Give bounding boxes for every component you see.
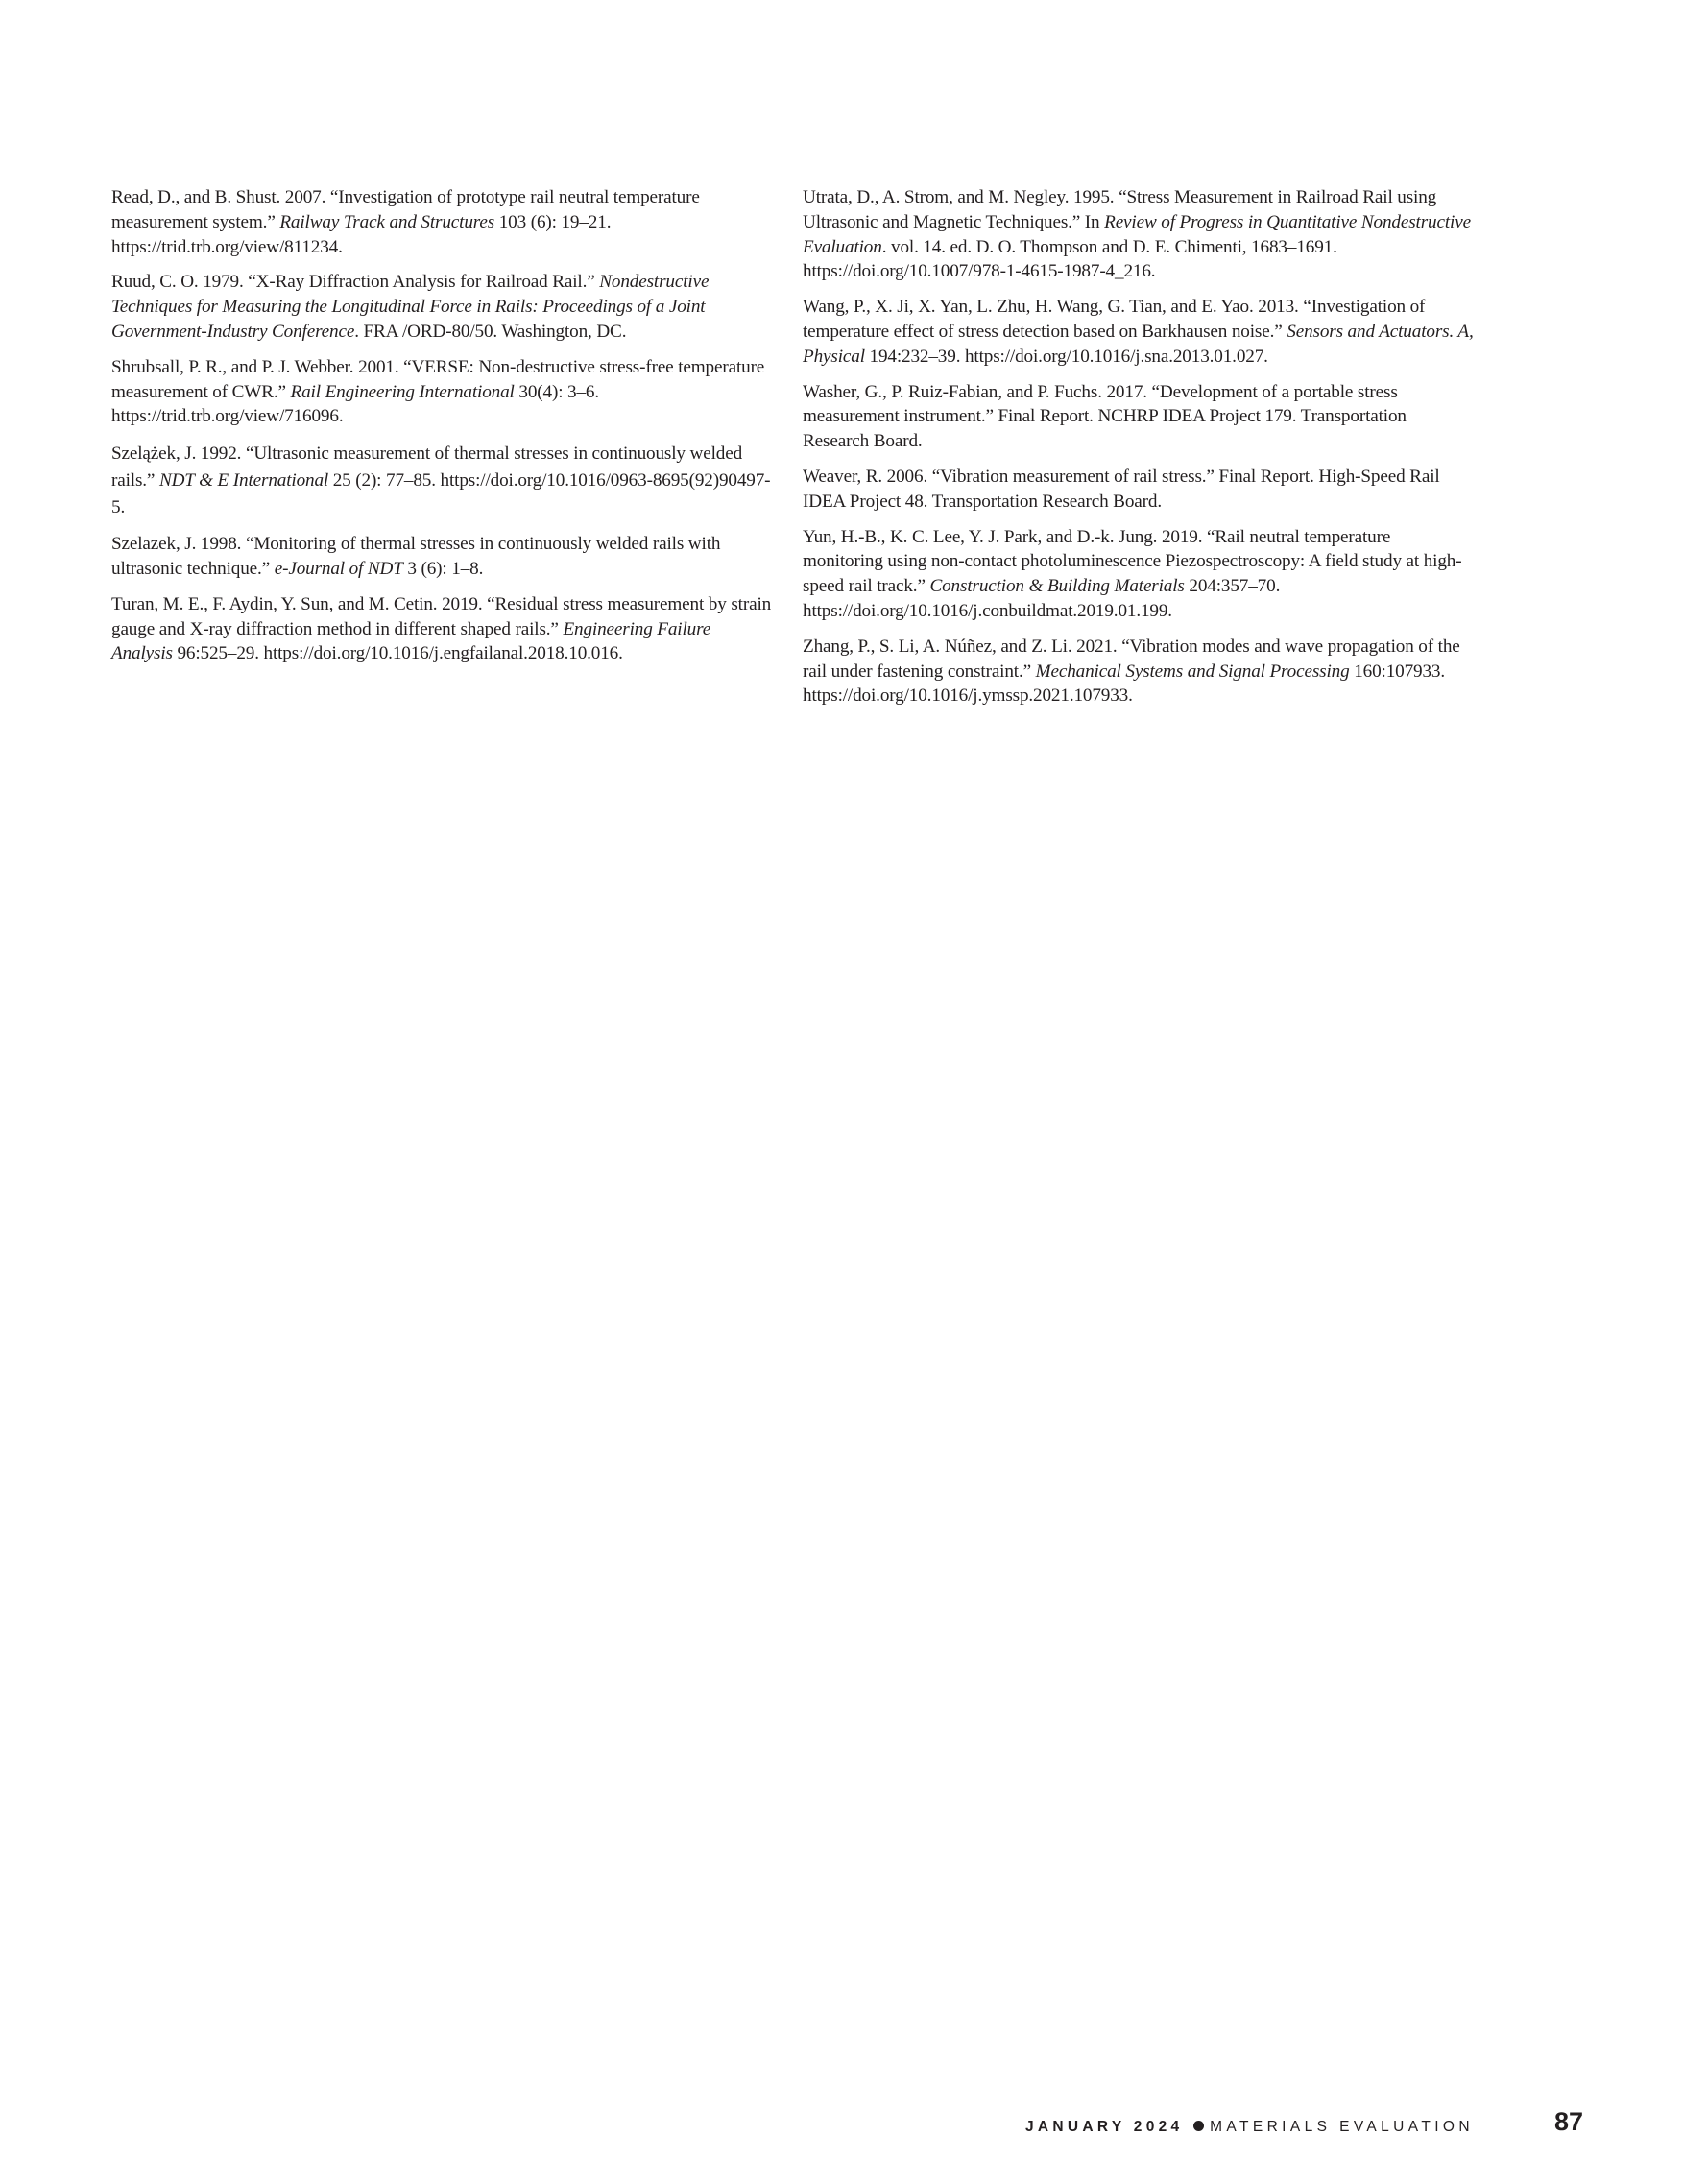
reference-entry: Utrata, D., A. Strom, and M. Negley. 199…: [803, 185, 1475, 284]
footer-journal-name: MATERIALS EVALUATION: [1210, 2119, 1474, 2135]
reference-entry: Washer, G., P. Ruiz-Fabian, and P. Fuchs…: [803, 380, 1475, 454]
document-page: Read, D., and B. Shust. 2007. “Investiga…: [0, 0, 1684, 2184]
reference-entry: Szelążek, J. 1992. “Ultrasonic measureme…: [111, 441, 774, 521]
page-number: 87: [1554, 2107, 1583, 2137]
references-column-left: Read, D., and B. Shust. 2007. “Investiga…: [111, 185, 774, 677]
reference-entry: Wang, P., X. Ji, X. Yan, L. Zhu, H. Wang…: [803, 295, 1475, 369]
reference-entry: Read, D., and B. Shust. 2007. “Investiga…: [111, 185, 774, 259]
reference-entry: Yun, H.-B., K. C. Lee, Y. J. Park, and D…: [803, 525, 1475, 624]
reference-entry: Zhang, P., S. Li, A. Núñez, and Z. Li. 2…: [803, 635, 1475, 708]
reference-entry: Ruud, C. O. 1979. “X-Ray Diffraction Ana…: [111, 270, 774, 344]
reference-entry: Shrubsall, P. R., and P. J. Webber. 2001…: [111, 355, 774, 429]
footer-issue-date: JANUARY 2024: [1025, 2119, 1183, 2135]
reference-entry: Weaver, R. 2006. “Vibration measurement …: [803, 465, 1475, 515]
page-footer: JANUARY 2024 MATERIALS EVALUATION: [1025, 2119, 1474, 2136]
references-column-right: Utrata, D., A. Strom, and M. Negley. 199…: [803, 185, 1475, 719]
bullet-separator-icon: [1193, 2121, 1204, 2131]
reference-entry: Turan, M. E., F. Aydin, Y. Sun, and M. C…: [111, 592, 774, 666]
reference-entry: Szelazek, J. 1998. “Monitoring of therma…: [111, 532, 774, 582]
